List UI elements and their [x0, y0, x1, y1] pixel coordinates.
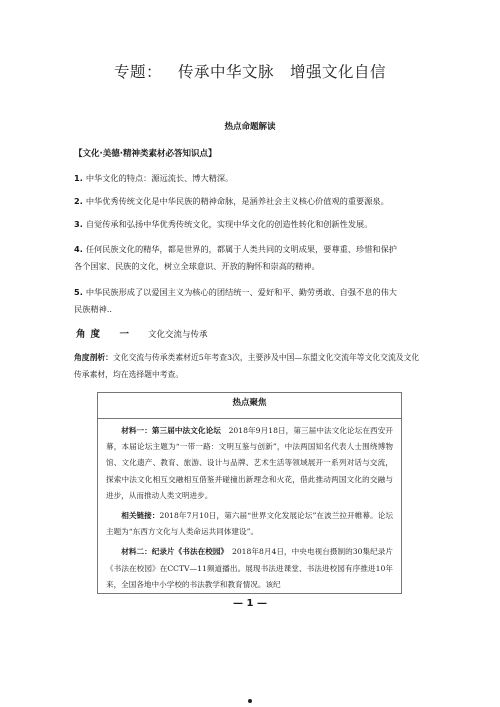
bullet-dot: [248, 699, 252, 703]
analysis-label: 角度剖析：: [74, 353, 113, 362]
material-label: 相关链接：: [121, 511, 159, 520]
angle-label: 角度 一: [76, 329, 134, 340]
point-number: 2.: [74, 196, 83, 206]
point-text-cont: 各个国家、民族的文化，树立全球意识、开放的胸怀和崇高的精神。: [74, 261, 320, 271]
point-number: 4.: [74, 244, 83, 254]
angle-heading: 角度 一文化交流与传承: [76, 326, 208, 340]
hotspot-box-body: 材料一：第三届中法文化论坛 2018年9月18日，第三届中法文化论坛在西安开幕，…: [98, 419, 401, 593]
title-part2: 增强文化自信: [290, 63, 386, 81]
angle-analysis: 角度剖析：文化交流与传承类素材近5年考查3次，主要涉及中国—东盟文化交流年等文化…: [74, 349, 424, 383]
knowledge-point: 2.中华优秀传统文化是中华民族的精神命脉，是涵养社会主义核心价值观的重要源泉。: [74, 193, 389, 210]
knowledge-point: 4.任何民族文化的精华，都是世界的，都属于人类共同的文明成果，要尊重、珍惜和保护…: [74, 241, 397, 275]
knowledge-point: 1.中华文化的特点：源远流长、博大精深。: [74, 170, 233, 187]
page-number: — 1 —: [0, 598, 500, 609]
point-number: 3.: [74, 219, 83, 229]
material-item: 材料一：第三届中法文化论坛 2018年9月18日，第三届中法文化论坛在西安开幕，…: [106, 423, 393, 504]
material-text: 2018年9月18日，第三届中法文化论坛在西安开幕，本届论坛主题为“一带一路：文…: [106, 426, 393, 500]
analysis-text: 文化交流与传承类素材近5年考查3次，主要涉及中国—东盟文化交流年等文化交流及文化…: [74, 353, 419, 379]
point-number: 1.: [74, 173, 83, 183]
material-label: 材料一：第三届中法文化论坛: [121, 426, 221, 435]
angle-topic: 文化交流与传承: [148, 330, 208, 340]
material-item: 相关链接：2018年7月10日，第六届“世界文化发展论坛”在波兰拉开帷幕。论坛主…: [106, 508, 393, 540]
hotspot-box: 热点聚焦 材料一：第三届中法文化论坛 2018年9月18日，第三届中法文化论坛在…: [97, 392, 402, 594]
knowledge-point: 5.中华民族形成了以爱国主义为核心的团结统一、爱好和平、勤劳勇敢、自强不息的伟大…: [74, 284, 397, 318]
section-subhead: 热点命题解读: [0, 120, 500, 132]
hotspot-box-header: 热点聚焦: [98, 393, 401, 419]
material-label: 材料二：纪录片《书法在校园》: [121, 547, 224, 556]
page-title: 专题：传承中华文脉增强文化自信: [0, 60, 500, 82]
title-prefix: 专题：: [114, 63, 162, 81]
knowledge-point: 3.自觉传承和弘扬中华优秀传统文化，实现中华文化的创造性转化和创新性发展。: [74, 216, 372, 233]
point-text: 中华文化的特点：源远流长、博大精深。: [86, 173, 233, 183]
material-item: 材料二：纪录片《书法在校园》 2018年8月4日，中央电视台摄制的30集纪录片《…: [106, 544, 393, 593]
point-text: 自觉传承和弘扬中华优秀传统文化，实现中华文化的创造性转化和创新性发展。: [86, 219, 373, 229]
point-text: 任何民族文化的精华，都是世界的，都属于人类共同的文明成果，要尊重、珍惜和保护: [86, 244, 397, 254]
point-text: 中华民族形成了以爱国主义为核心的团结统一、爱好和平、勤劳勇敢、自强不息的伟大: [86, 287, 397, 297]
knowledge-header: 【文化·美德·精神类素材必答知识点】: [74, 147, 216, 159]
point-text: 中华优秀传统文化是中华民族的精神命脉，是涵养社会主义核心价值观的重要源泉。: [86, 196, 389, 206]
point-text-cont: 民族精神..: [74, 304, 112, 314]
point-number: 5.: [74, 287, 83, 297]
title-part1: 传承中华文脉: [178, 63, 274, 81]
